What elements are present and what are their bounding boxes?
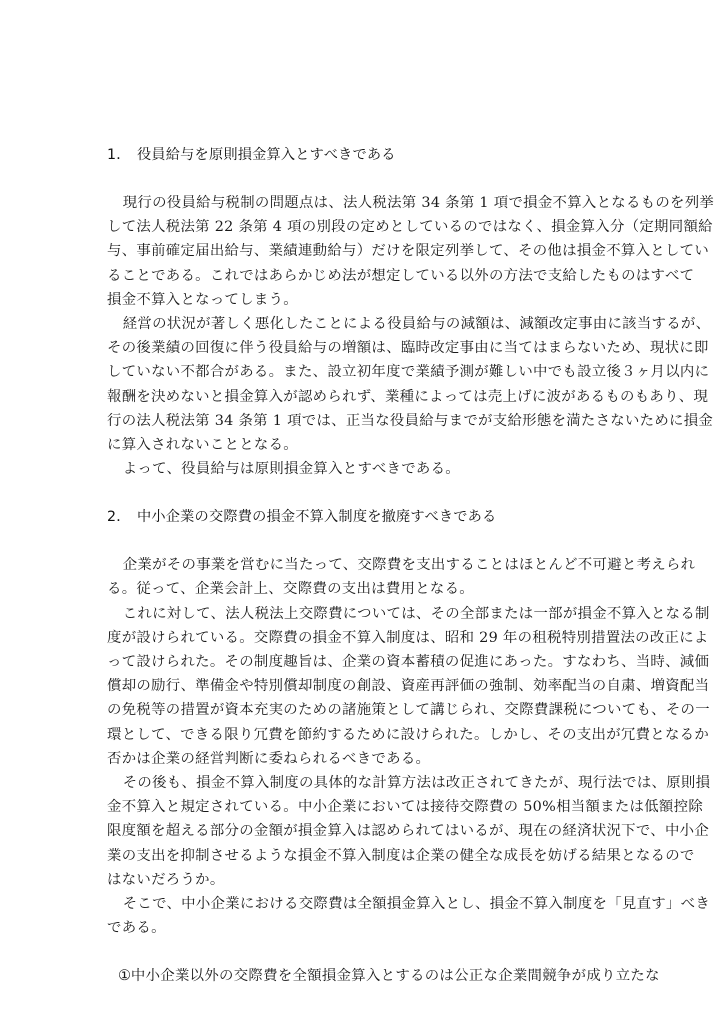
text-line: 現行の役員給与税制の問題点は、法人税法第 34 条第 1 項で損金不算入となるも… xyxy=(107,191,625,215)
text-line: その後も、損金不算入制度の具体的な計算方法は改正されてきたが、現行法では、原則損 xyxy=(107,771,625,795)
text-line: 償却の励行、準備金や特別償却制度の創設、資産再評価の強制、効率配当の自粛、増資配… xyxy=(107,674,625,698)
text-line: る。従って、企業会計上、交際費の支出は費用となる。 xyxy=(107,577,625,601)
document-page: 1．役員給与を原則損金算入とすべきである 現行の役員給与税制の問題点は、法人税法… xyxy=(107,143,625,988)
list-marker: ① xyxy=(107,964,131,988)
section-heading-1: 1．役員給与を原則損金算入とすべきである xyxy=(107,143,625,167)
text-line: 環として、できる限り冗費を節約するために設けられた。しかし、その支出が冗費となる… xyxy=(107,723,625,747)
text-line: 金不算入と規定されている。中小企業においては接待交際費の 50%相当額または低額… xyxy=(107,795,625,819)
spacer xyxy=(107,481,625,505)
text-line: よって、役員給与は原則損金算入とすべきである。 xyxy=(107,457,625,481)
text-line: その後業績の回復に伴う役員給与の増額は、臨時改定事由に当てはまらないため、現状に… xyxy=(107,336,625,360)
paragraph: これに対して、法人税法上交際費については、その全部または一部が損金不算入となる制… xyxy=(107,602,625,771)
section-number: 1． xyxy=(107,143,137,167)
paragraph: 経営の状況が著しく悪化したことによる役員給与の減額は、減額改定事由に該当するが、… xyxy=(107,312,625,457)
text-line: である。 xyxy=(107,916,625,940)
spacer xyxy=(107,940,625,964)
paragraph: 企業がその事業を営むに当たって、交際費を支出することはほとんど不可避と考えられ … xyxy=(107,553,625,601)
text-line: はないだろうか。 xyxy=(107,868,625,892)
spacer xyxy=(107,529,625,553)
text-line: 経営の状況が著しく悪化したことによる役員給与の減額は、減額改定事由に該当するが、 xyxy=(107,312,625,336)
text-line: 業の支出を抑制させるような損金不算入制度は企業の健全な成長を妨げる結果となるので xyxy=(107,844,625,868)
text-line: そこで、中小企業における交際費は全額損金算入とし、損金不算入制度を「見直す」べき xyxy=(107,892,625,916)
text-line: 企業がその事業を営むに当たって、交際費を支出することはほとんど不可避と考えられ xyxy=(107,553,625,577)
text-line: 報酬を決めないと損金算入が認められず、業種によっては売上げに波があるものもあり、… xyxy=(107,385,625,409)
paragraph: そこで、中小企業における交際費は全額損金算入とし、損金不算入制度を「見直す」べき… xyxy=(107,892,625,940)
text-line: 損金不算入となってしまう。 xyxy=(107,288,625,312)
section-number: 2． xyxy=(107,505,137,529)
numbered-list-item: ① 中小企業以外の交際費を全額損金算入とするのは公正な企業間競争が成り立たな xyxy=(107,964,625,988)
text-line: の免税等の措置が資本充実のための諸施策として講じられ、交際費課税についても、その… xyxy=(107,698,625,722)
text-line: って設けられた。その制度趣旨は、企業の資本蓄積の促進にあった。すなわち、当時、減… xyxy=(107,650,625,674)
paragraph: よって、役員給与は原則損金算入とすべきである。 xyxy=(107,457,625,481)
text-line: ることである。これではあらかじめ法が想定している以外の方法で支給したものはすべて xyxy=(107,264,625,288)
section-heading-2: 2．中小企業の交際費の損金不算入制度を撤廃すべきである xyxy=(107,505,625,529)
paragraph: 現行の役員給与税制の問題点は、法人税法第 34 条第 1 項で損金不算入となるも… xyxy=(107,191,625,312)
text-line: 度が設けられている。交際費の損金不算入制度は、昭和 29 年の租税特別措置法の改… xyxy=(107,626,625,650)
text-line: 与、事前確定届出給与、業績連動給与）だけを限定列挙して、その他は損金不算入として… xyxy=(107,239,625,263)
spacer xyxy=(107,167,625,191)
text-line: 限度額を超える部分の金額が損金算入は認められてはいるが、現在の経済状況下で、中小… xyxy=(107,819,625,843)
text-line: これに対して、法人税法上交際費については、その全部または一部が損金不算入となる制 xyxy=(107,602,625,626)
list-item-text: 中小企業以外の交際費を全額損金算入とするのは公正な企業間競争が成り立たな xyxy=(131,964,660,988)
section-title: 役員給与を原則損金算入とすべきである xyxy=(137,147,396,163)
text-line: 行の法人税法第 34 条第 1 項では、正当な役員給与までが支給形態を満たさない… xyxy=(107,409,625,433)
text-line: して法人税法第 22 条第 4 項の別段の定めとしているのではなく、損金算入分（… xyxy=(107,215,625,239)
section-title: 中小企業の交際費の損金不算入制度を撤廃すべきである xyxy=(137,509,496,525)
text-line: していない不都合がある。また、設立初年度で業績予測が難しい中でも設立後３ヶ月以内… xyxy=(107,360,625,384)
paragraph: その後も、損金不算入制度の具体的な計算方法は改正されてきたが、現行法では、原則損… xyxy=(107,771,625,892)
text-line: 否かは企業の経営判断に委ねられるべきである。 xyxy=(107,747,625,771)
text-line: に算入されないこととなる。 xyxy=(107,433,625,457)
